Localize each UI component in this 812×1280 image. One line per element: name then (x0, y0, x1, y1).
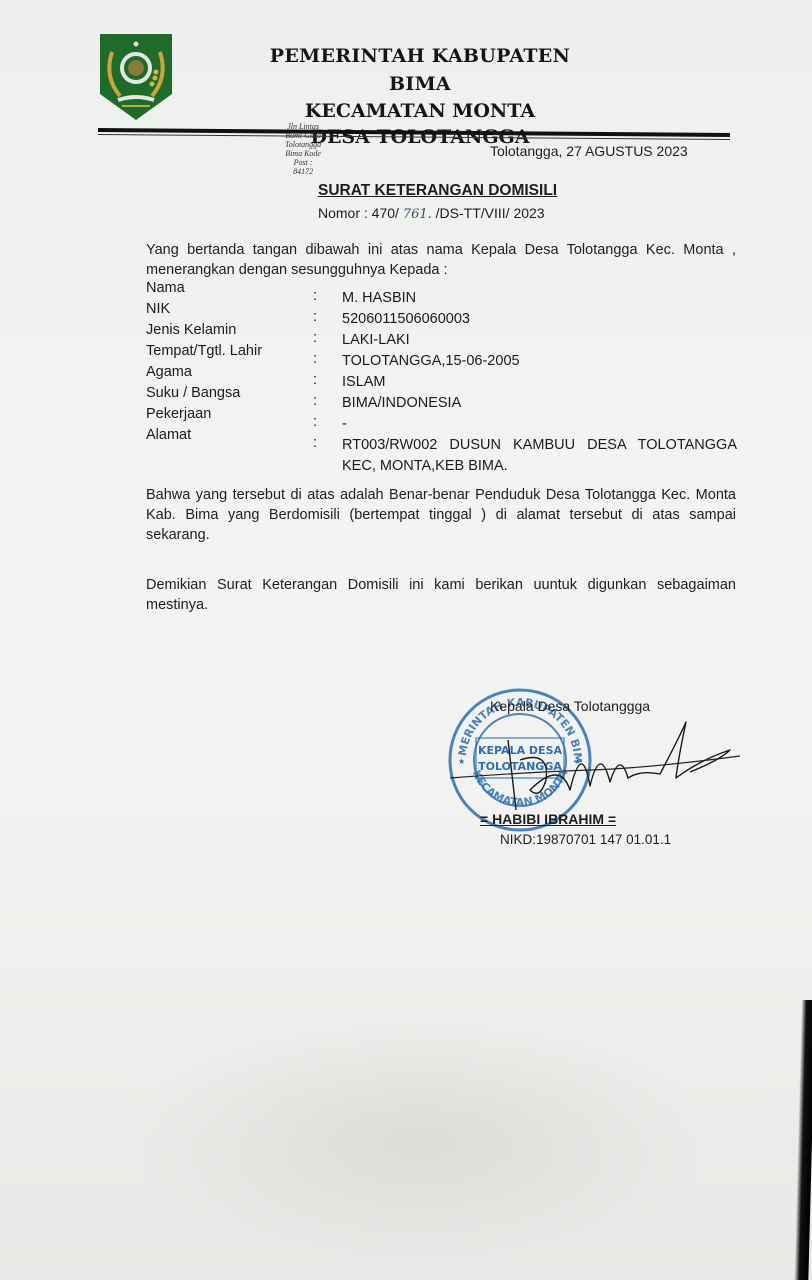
letterhead-regency: PEMERINTAH KABUPATEN BIMA (240, 42, 600, 98)
bima-regency-emblem-icon (98, 32, 174, 122)
field-label: Suku / Bangsa (146, 385, 240, 401)
number-suffix: /DS-TT/VIII/ 2023 (432, 205, 545, 221)
signatory-nikd: NIKD:19870701 147 01.01.1 (500, 832, 671, 847)
number-prefix: Nomor : 470/ (318, 205, 403, 221)
field-row-tempat-lahir: Tempat/Tgtl. Lahir : TOLOTANGGA,15-06-20… (146, 343, 746, 364)
field-row-jenis-kelamin: Jenis Kelamin : LAKI-LAKI (146, 322, 746, 343)
statement-paragraph: Bahwa yang tersebut di atas adalah Benar… (146, 485, 736, 545)
document-number: Nomor : 470/ 761. /DS-TT/VIII/ 2023 (318, 205, 545, 222)
signatory-name: = HABIBI IBRAHIM = (480, 811, 616, 827)
letterhead-district: KECAMATAN MONTA (240, 98, 600, 124)
field-value: RT003/RW002 DUSUN KAMBUU DESA TOLOTANGGA… (342, 435, 737, 477)
signatory-title: Kepala Desa Tolotanggga (490, 698, 650, 714)
document-page: PEMERINTAH KABUPATEN BIMA KECAMATAN MONT… (0, 0, 812, 1280)
closing-paragraph: Demikian Surat Keterangan Domisili ini k… (146, 575, 736, 615)
resident-details: Nama : M. HASBIN NIK : 5206011506060003 … (146, 280, 746, 471)
field-row-nama: Nama : M. HASBIN (146, 280, 746, 301)
field-label: Alamat (146, 427, 191, 443)
field-label: Agama (146, 364, 192, 380)
field-colon: : (313, 435, 317, 451)
field-row-nik: NIK : 5206011506060003 (146, 301, 746, 322)
field-row-alamat: Alamat : RT003/RW002 DUSUN KAMBUU DESA T… (146, 427, 746, 471)
field-row-agama: Agama : ISLAM (146, 364, 746, 385)
field-label: Jenis Kelamin (146, 322, 236, 338)
field-label: NIK (146, 301, 170, 317)
document-title: SURAT KETERANGAN DOMISILI (318, 182, 557, 200)
intro-paragraph: Yang bertanda tangan dibawah ini atas na… (146, 240, 736, 280)
photo-background-edge (794, 1000, 812, 1280)
field-row-pekerjaan: Pekerjaan : - (146, 406, 746, 427)
field-label: Pekerjaan (146, 406, 211, 422)
field-row-suku-bangsa: Suku / Bangsa : BIMA/INDONESIA (146, 385, 746, 406)
number-handwritten: 761. (403, 207, 432, 222)
field-label: Nama (146, 280, 185, 296)
handwritten-signature-icon (450, 720, 740, 810)
field-label: Tempat/Tgtl. Lahir (146, 343, 262, 359)
letter-date: Tolotangga, 27 AGUSTUS 2023 (490, 143, 688, 159)
